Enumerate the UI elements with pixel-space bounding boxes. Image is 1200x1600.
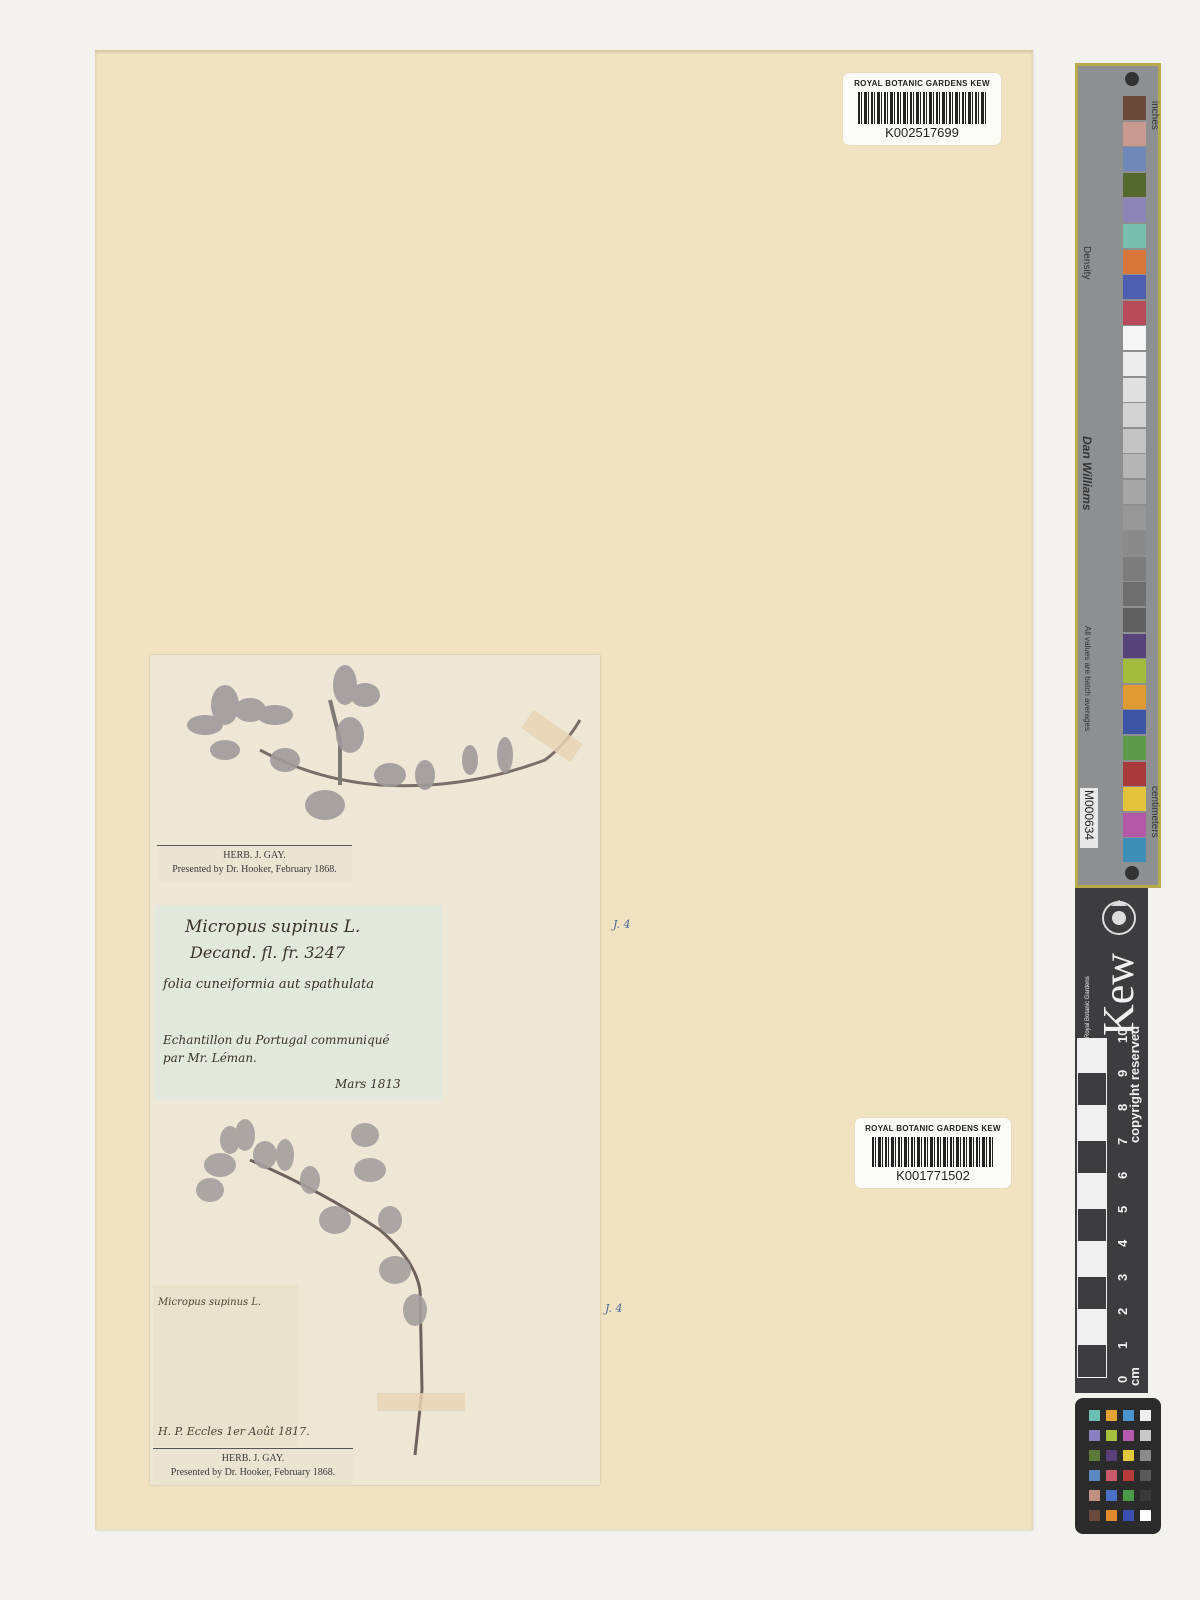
- color-swatch: [1123, 787, 1146, 811]
- registration-dot-icon: [1125, 72, 1139, 86]
- copyright-label: copyright reserved: [1127, 1026, 1142, 1143]
- color-chip: [1089, 1410, 1100, 1421]
- color-chip: [1089, 1490, 1100, 1501]
- scale-tick-label: 2: [1115, 1308, 1130, 1315]
- scale-block: [1077, 1276, 1107, 1310]
- color-chip: [1106, 1410, 1117, 1421]
- color-calibration-bar: inches Density Dan Williams All values a…: [1075, 63, 1161, 888]
- color-swatch: [1123, 250, 1146, 274]
- scale-block: [1077, 1140, 1107, 1174]
- barcode-org: ROYAL BOTANIC GARDENS KEW: [855, 1124, 1011, 1133]
- density-label: Density: [1081, 246, 1092, 279]
- color-checker-card: [1075, 1398, 1161, 1534]
- batch-note: All values are batch averages: [1083, 626, 1092, 731]
- barcode-label-top: ROYAL BOTANIC GARDENS KEW K002517699: [843, 73, 1001, 145]
- pencil-mark: J. 4: [613, 918, 631, 931]
- color-chip: [1123, 1430, 1134, 1441]
- color-chip: [1140, 1430, 1151, 1441]
- scale-tick-label: 3: [1115, 1274, 1130, 1281]
- color-swatch: [1123, 480, 1146, 504]
- scale-block: [1077, 1038, 1107, 1072]
- color-swatch: [1123, 275, 1146, 299]
- scale-block: [1077, 1344, 1107, 1378]
- color-chip: [1089, 1450, 1100, 1461]
- herb-gay-label-top: HERB. J. GAY. Presented by Dr. Hooker, F…: [157, 845, 352, 882]
- herb-gay-label-bottom: HERB. J. GAY. Presented by Dr. Hooker, F…: [153, 1448, 353, 1485]
- determination-label: Micropus supinus L. Decand. fl. fr. 3247…: [155, 905, 442, 1100]
- provenance: Echantillon du Portugal communiqué: [163, 1033, 390, 1047]
- old-collection-label: Micropus supinus L. H. P. Eccles 1er Aoû…: [153, 1285, 298, 1447]
- color-chip: [1123, 1490, 1134, 1501]
- color-swatch: [1123, 378, 1146, 402]
- color-swatch: [1123, 685, 1146, 709]
- barcode-number: K002517699: [843, 125, 1001, 140]
- pencil-mark: J. 4: [605, 1302, 623, 1315]
- scale-block: [1077, 1310, 1107, 1344]
- communicated-by: par Mr. Léman.: [163, 1051, 257, 1065]
- color-swatch: [1123, 454, 1146, 478]
- color-chip: [1106, 1470, 1117, 1481]
- scale-block: [1077, 1106, 1107, 1140]
- color-swatch: [1123, 122, 1146, 146]
- color-swatch: [1123, 838, 1146, 862]
- old-species-name: Micropus supinus L.: [158, 1297, 261, 1308]
- color-swatch: [1123, 608, 1146, 632]
- barcode-icon: [858, 92, 986, 124]
- color-chip: [1089, 1430, 1100, 1441]
- scale-tick-label: 10: [1115, 1029, 1130, 1043]
- mounting-tape: [377, 1393, 465, 1411]
- color-swatch: [1123, 736, 1146, 760]
- color-chip: [1140, 1450, 1151, 1461]
- old-collector-date: H. P. Eccles 1er Août 1817.: [158, 1425, 310, 1438]
- color-swatch: [1123, 224, 1146, 248]
- color-swatch: [1123, 506, 1146, 530]
- scale-tick-label: 7: [1115, 1138, 1130, 1145]
- color-swatch: [1123, 582, 1146, 606]
- color-swatch: [1123, 403, 1146, 427]
- herb-gay-presented: Presented by Dr. Hooker, February 1868.: [153, 1466, 353, 1480]
- herb-gay-title: HERB. J. GAY.: [157, 846, 352, 863]
- color-chip: [1106, 1510, 1117, 1521]
- species-name: Micropus supinus L.: [185, 917, 360, 937]
- color-swatch: [1123, 710, 1146, 734]
- description: folia cuneiformia aut spathulata: [163, 977, 374, 992]
- color-chip: [1140, 1410, 1151, 1421]
- scale-block: [1077, 1072, 1107, 1106]
- scale-tick-label: 6: [1115, 1172, 1130, 1179]
- reference: Decand. fl. fr. 3247: [190, 943, 345, 962]
- kew-logo: Kew: [1093, 953, 1144, 1036]
- brand-label: Dan Williams: [1080, 436, 1094, 511]
- color-chip: [1089, 1510, 1100, 1521]
- color-swatch: [1123, 301, 1146, 325]
- barcode-label-bottom: ROYAL BOTANIC GARDENS KEW K001771502: [855, 1118, 1011, 1188]
- barcode-number: K001771502: [855, 1168, 1011, 1183]
- color-chip: [1106, 1450, 1117, 1461]
- barcode-icon: [872, 1137, 994, 1167]
- color-swatch: [1123, 634, 1146, 658]
- color-swatch: [1123, 173, 1146, 197]
- color-swatch: [1123, 352, 1146, 376]
- color-chip: [1140, 1490, 1151, 1501]
- herb-gay-presented: Presented by Dr. Hooker, February 1868.: [157, 863, 352, 877]
- registration-dot-icon: [1125, 866, 1139, 880]
- color-swatch: [1123, 762, 1146, 786]
- scale-block: [1077, 1174, 1107, 1208]
- color-swatch: [1123, 531, 1146, 555]
- color-swatch: [1123, 147, 1146, 171]
- color-bar-id: M000634: [1080, 788, 1098, 848]
- color-chip: [1123, 1410, 1134, 1421]
- kew-subtitle: Royal Botanic Gardens: [1085, 976, 1091, 1038]
- scale-tick-label: 0: [1115, 1376, 1130, 1383]
- color-chip: [1106, 1430, 1117, 1441]
- date: Mars 1813: [335, 1077, 401, 1091]
- barcode-org: ROYAL BOTANIC GARDENS KEW: [843, 79, 1001, 88]
- color-chip: [1140, 1510, 1151, 1521]
- scale-tick-label: 5: [1115, 1206, 1130, 1213]
- color-chip: [1089, 1470, 1100, 1481]
- scale-tick-label: 4: [1115, 1240, 1130, 1247]
- herbarium-sheet: ROYAL BOTANIC GARDENS KEW K002517699 ROY…: [95, 50, 1033, 1530]
- color-chip: [1140, 1470, 1151, 1481]
- herb-gay-title: HERB. J. GAY.: [153, 1449, 353, 1466]
- color-swatch: [1123, 326, 1146, 350]
- color-chip: [1106, 1490, 1117, 1501]
- color-swatch: [1123, 198, 1146, 222]
- color-swatch: [1123, 96, 1146, 120]
- scale-block: [1077, 1208, 1107, 1242]
- inches-label: inches: [1149, 101, 1160, 130]
- scale-tick-label: 9: [1115, 1070, 1130, 1077]
- scale-tick-label: 1: [1115, 1342, 1130, 1349]
- color-swatch: [1123, 429, 1146, 453]
- color-swatch: [1123, 659, 1146, 683]
- kew-scale-bar: Kew Royal Botanic Gardens copyright rese…: [1075, 888, 1148, 1393]
- color-chip: [1123, 1450, 1134, 1461]
- royal-crest-icon: [1097, 896, 1141, 940]
- color-chip: [1123, 1510, 1134, 1521]
- scale-block: [1077, 1242, 1107, 1276]
- color-swatch: [1123, 557, 1146, 581]
- color-swatch: [1123, 813, 1146, 837]
- scale-tick-label: 8: [1115, 1104, 1130, 1111]
- centimeters-label: centimeters: [1149, 786, 1160, 838]
- color-chip: [1123, 1470, 1134, 1481]
